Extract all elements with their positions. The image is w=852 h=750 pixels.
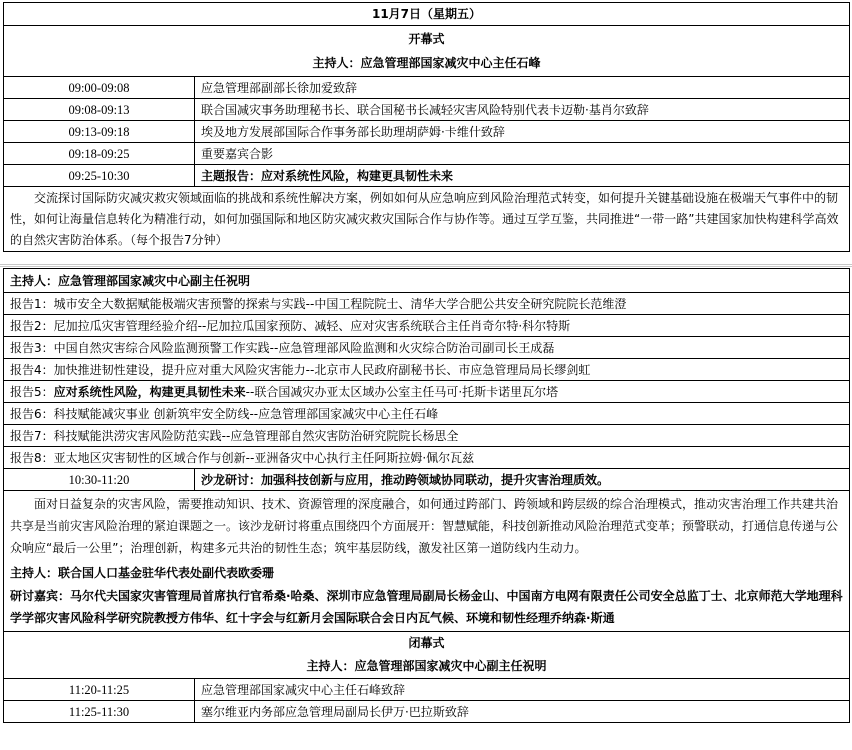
schedule-time: 11:20-11:25 bbox=[4, 679, 195, 701]
report-row: 报告2：尼加拉瓜灾害管理经验介绍--尼加拉瓜国家预防、减轻、应对灾害系统联合主任… bbox=[4, 315, 850, 337]
salon-time: 10:30-11:20 bbox=[4, 469, 195, 491]
opening-title-row: 开幕式 主持人：应急管理部国家减灾中心主任石峰 bbox=[4, 26, 850, 77]
reports-host: 主持人：应急管理部国家减灾中心副主任祝明 bbox=[4, 269, 850, 293]
report-item: 报告5：应对系统性风险，构建更具韧性未来--联合国减灾办亚太区域办公室主任马可·… bbox=[4, 381, 850, 403]
report-label: 报告8： bbox=[10, 451, 54, 465]
report-label: 报告5： bbox=[10, 385, 54, 399]
table-gap-divider bbox=[0, 264, 852, 265]
table-gap-divider bbox=[0, 266, 852, 267]
report-row: 报告3：中国自然灾害综合风险监测预警工作实践--应急管理部风险监测和火灾综合防治… bbox=[4, 337, 850, 359]
report-speaker: --应急管理部风险监测和火灾综合防治司副司长王成磊 bbox=[270, 341, 555, 355]
report-speaker: --中国工程院院士、清华大学合肥公共安全研究院院长范维澄 bbox=[306, 297, 627, 311]
report-item: 报告4：加快推进韧性建设，提升应对重大风险灾害能力--北京市人民政府副秘书长、市… bbox=[4, 359, 850, 381]
schedule-row: 09:25-10:30 主题报告：应对系统性风险，构建更具韧性未来 bbox=[4, 165, 850, 187]
schedule-row: 09:08-09:13 联合国减灾事务助理秘书长、联合国秘书长减轻灾害风险特别代… bbox=[4, 99, 850, 121]
report-speaker: --联合国减灾办亚太区域办公室主任马可·托斯卡诺里瓦尔塔 bbox=[246, 385, 558, 399]
report-title: 城市安全大数据赋能极端灾害预警的探索与实践 bbox=[54, 297, 306, 311]
schedule-content: 塞尔维亚内务部应急管理局副局长伊万·巴拉斯致辞 bbox=[195, 701, 850, 723]
schedule-content: 联合国减灾事务助理秘书长、联合国秘书长减轻灾害风险特别代表卡迈勒·基肖尔致辞 bbox=[195, 99, 850, 121]
day-header: 11月7日（星期五） bbox=[4, 3, 850, 26]
closing-host: 主持人：应急管理部国家减灾中心副主任祝明 bbox=[4, 655, 849, 678]
schedule-content: 埃及地方发展部国际合作事务部长助理胡萨姆·卡维什致辞 bbox=[195, 121, 850, 143]
opening-description-row: 交流探讨国际防灾减灾救灾领域面临的挑战和系统性解决方案，例如如何从应急响应到风险… bbox=[4, 187, 850, 252]
opening-description: 交流探讨国际防灾减灾救灾领域面临的挑战和系统性解决方案，例如如何从应急响应到风险… bbox=[4, 187, 850, 252]
report-row: 报告5：应对系统性风险，构建更具韧性未来--联合国减灾办亚太区域办公室主任马可·… bbox=[4, 381, 850, 403]
schedule-time: 09:00-09:08 bbox=[4, 77, 195, 99]
report-title: 科技赋能洪涝灾害风险防范实践 bbox=[54, 429, 222, 443]
report-speaker: --应急管理部自然灾害防治研究院院长杨思全 bbox=[222, 429, 459, 443]
report-row: 报告8：亚太地区灾害韧性的区域合作与创新--亚洲备灾中心执行主任阿斯拉姆·佩尔瓦… bbox=[4, 447, 850, 469]
salon-host: 主持人：联合国人口基金驻华代表处副代表欧委珊 bbox=[10, 561, 843, 585]
schedule-content: 重要嘉宾合影 bbox=[195, 143, 850, 165]
report-row: 报告4：加快推进韧性建设，提升应对重大风险灾害能力--北京市人民政府副秘书长、市… bbox=[4, 359, 850, 381]
opening-title: 开幕式 bbox=[4, 27, 849, 51]
report-label: 报告2： bbox=[10, 319, 54, 333]
schedule-content: 应急管理部副部长徐加爱致辞 bbox=[195, 77, 850, 99]
schedule-row: 11:20-11:25 应急管理部国家减灾中心主任石峰致辞 bbox=[4, 679, 850, 701]
schedule-row: 11:25-11:30 塞尔维亚内务部应急管理局副局长伊万·巴拉斯致辞 bbox=[4, 701, 850, 723]
reports-schedule-table: 主持人：应急管理部国家减灾中心副主任祝明 报告1：城市安全大数据赋能极端灾害预警… bbox=[3, 268, 850, 723]
report-row: 报告7：科技赋能洪涝灾害风险防范实践--应急管理部自然灾害防治研究院院长杨思全 bbox=[4, 425, 850, 447]
report-title: 科技赋能减灾事业 创新筑牢安全防线 bbox=[54, 407, 250, 421]
report-label: 报告3： bbox=[10, 341, 54, 355]
report-title: 中国自然灾害综合风险监测预警工作实践 bbox=[54, 341, 270, 355]
schedule-row: 09:00-09:08 应急管理部副部长徐加爱致辞 bbox=[4, 77, 850, 99]
salon-guests: 研讨嘉宾：马尔代夫国家灾害管理局首席执行官希桑·哈桑、深圳市应急管理局副局长杨金… bbox=[10, 585, 843, 629]
day-header-row: 11月7日（星期五） bbox=[4, 3, 850, 26]
schedule-content: 应急管理部国家减灾中心主任石峰致辞 bbox=[195, 679, 850, 701]
report-item: 报告3：中国自然灾害综合风险监测预警工作实践--应急管理部风险监测和火灾综合防治… bbox=[4, 337, 850, 359]
report-speaker: --尼加拉瓜国家预防、减轻、应对灾害系统联合主任肖奇尔特·科尔特斯 bbox=[198, 319, 570, 333]
salon-title: 沙龙研讨：加强科技创新与应用，推动跨领域协同联动，提升灾害治理质效。 bbox=[195, 469, 850, 491]
report-item: 报告1：城市安全大数据赋能极端灾害预警的探索与实践--中国工程院院士、清华大学合… bbox=[4, 293, 850, 315]
closing-title-row: 闭幕式 主持人：应急管理部国家减灾中心副主任祝明 bbox=[4, 632, 850, 679]
report-title: 亚太地区灾害韧性的区域合作与创新 bbox=[54, 451, 246, 465]
opening-schedule-table: 11月7日（星期五） 开幕式 主持人：应急管理部国家减灾中心主任石峰 09:00… bbox=[3, 2, 850, 252]
schedule-time: 09:08-09:13 bbox=[4, 99, 195, 121]
schedule-row: 09:18-09:25 重要嘉宾合影 bbox=[4, 143, 850, 165]
keynote-title: 主题报告：应对系统性风险，构建更具韧性未来 bbox=[195, 165, 850, 187]
report-item: 报告2：尼加拉瓜灾害管理经验介绍--尼加拉瓜国家预防、减轻、应对灾害系统联合主任… bbox=[4, 315, 850, 337]
salon-description: 面对日益复杂的灾害风险，需要推动知识、技术、资源管理的深度融合，如何通过跨部门、… bbox=[10, 493, 843, 559]
report-title: 尼加拉瓜灾害管理经验介绍 bbox=[54, 319, 198, 333]
report-row: 报告1：城市安全大数据赋能极端灾害预警的探索与实践--中国工程院院士、清华大学合… bbox=[4, 293, 850, 315]
schedule-time: 11:25-11:30 bbox=[4, 701, 195, 723]
salon-details-row: 面对日益复杂的灾害风险，需要推动知识、技术、资源管理的深度融合，如何通过跨部门、… bbox=[4, 491, 850, 632]
report-row: 报告6：科技赋能减灾事业 创新筑牢安全防线--应急管理部国家减灾中心主任石峰 bbox=[4, 403, 850, 425]
salon-row: 10:30-11:20 沙龙研讨：加强科技创新与应用，推动跨领域协同联动，提升灾… bbox=[4, 469, 850, 491]
report-speaker: --应急管理部国家减灾中心主任石峰 bbox=[249, 407, 438, 421]
closing-title: 闭幕式 bbox=[4, 632, 849, 655]
report-item: 报告8：亚太地区灾害韧性的区域合作与创新--亚洲备灾中心执行主任阿斯拉姆·佩尔瓦… bbox=[4, 447, 850, 469]
report-title: 应对系统性风险，构建更具韧性未来 bbox=[54, 385, 246, 399]
report-label: 报告6： bbox=[10, 407, 54, 421]
report-title: 加快推进韧性建设，提升应对重大风险灾害能力 bbox=[54, 363, 306, 377]
schedule-time: 09:25-10:30 bbox=[4, 165, 195, 187]
report-label: 报告4： bbox=[10, 363, 54, 377]
report-label: 报告1： bbox=[10, 297, 54, 311]
report-speaker: --北京市人民政府副秘书长、市应急管理局局长缪剑虹 bbox=[306, 363, 591, 377]
schedule-row: 09:13-09:18 埃及地方发展部国际合作事务部长助理胡萨姆·卡维什致辞 bbox=[4, 121, 850, 143]
report-item: 报告7：科技赋能洪涝灾害风险防范实践--应急管理部自然灾害防治研究院院长杨思全 bbox=[4, 425, 850, 447]
report-label: 报告7： bbox=[10, 429, 54, 443]
schedule-time: 09:18-09:25 bbox=[4, 143, 195, 165]
report-speaker: --亚洲备灾中心执行主任阿斯拉姆·佩尔瓦兹 bbox=[246, 451, 474, 465]
schedule-time: 09:13-09:18 bbox=[4, 121, 195, 143]
reports-host-row: 主持人：应急管理部国家减灾中心副主任祝明 bbox=[4, 269, 850, 293]
opening-host: 主持人：应急管理部国家减灾中心主任石峰 bbox=[4, 51, 849, 75]
report-item: 报告6：科技赋能减灾事业 创新筑牢安全防线--应急管理部国家减灾中心主任石峰 bbox=[4, 403, 850, 425]
